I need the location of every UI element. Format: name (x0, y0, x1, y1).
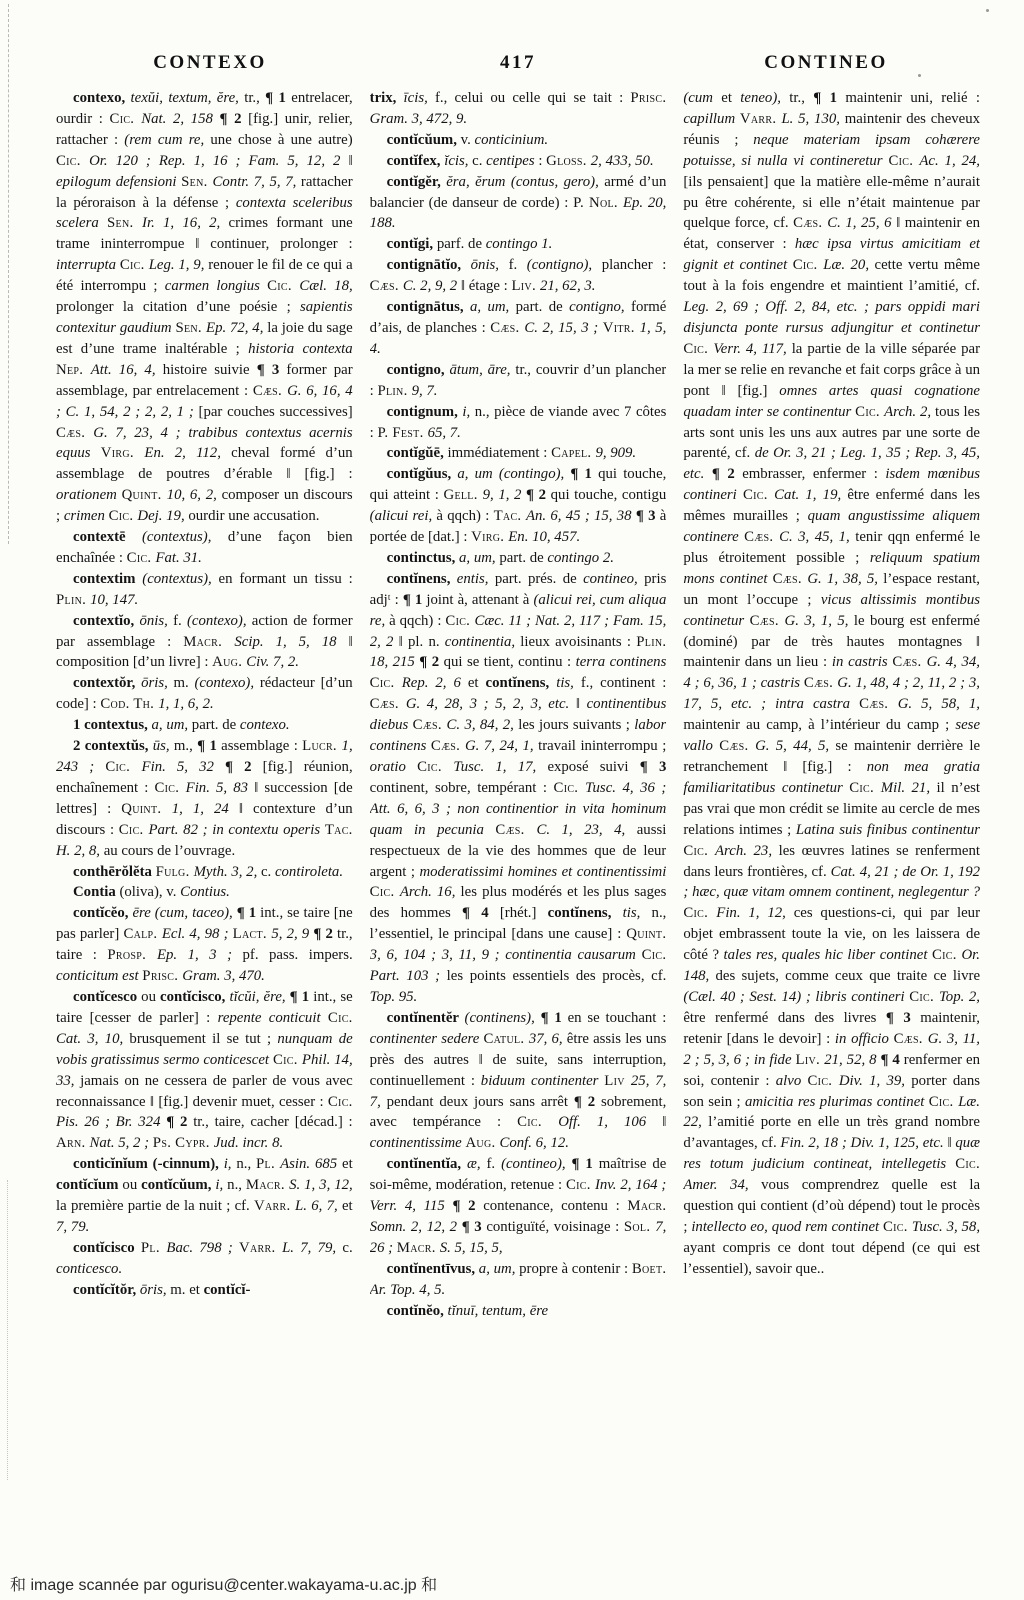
text-run: Cic. (743, 487, 774, 503)
text-run: carmen longius (165, 278, 267, 294)
text-run: contextŏr, (73, 675, 141, 691)
text-run: Nat. 5, 2 ; (89, 1135, 152, 1151)
text-run: tr., (789, 90, 813, 106)
text-run: (alicui rei, (370, 508, 437, 524)
text-run: 3, 6, 104 ; 3, 11, 9 ; continentia causa… (370, 947, 642, 963)
text-run: contigno, (569, 299, 631, 315)
text-run: 37, 6, (529, 1031, 567, 1047)
text-run: Cic. (110, 111, 142, 127)
text-run: Part. 103 ; (370, 968, 447, 984)
text-run: Quint. (626, 926, 666, 942)
text-run: ¶ 4 (880, 1052, 903, 1068)
text-run: Contr. 7, 5, 7, (213, 174, 301, 190)
text-run: interrupta (56, 257, 120, 273)
text-run: oratio (370, 759, 417, 775)
text-run: maintenir uni, relié : (845, 90, 980, 106)
text-run: conticinium. (475, 132, 549, 148)
text-run: Cæs. (804, 675, 837, 691)
text-run: ēre (cum, taceo), (132, 905, 236, 921)
text-run: Top. 2, (939, 989, 980, 1005)
text-run: (contextus), (142, 529, 228, 545)
text-run: H. 2, 8, (56, 843, 104, 859)
text-run: Arch. 23, (715, 843, 779, 859)
text-run: Cic. (267, 278, 299, 294)
dictionary-entry: contĭcĭtŏr, ōris, m. et contĭcĭ- (56, 1280, 353, 1301)
text-run: Catul. (483, 1031, 528, 1047)
text-run: Cic. (120, 257, 149, 273)
text-run: à qqch) : (389, 613, 445, 629)
text-run: Cic. (849, 780, 881, 796)
dictionary-entry: contĭgi, parf. de contingo 1. (370, 234, 667, 255)
text-run: f., celui ou celle qui se tait : (435, 90, 630, 106)
text-run: ‖ (576, 696, 587, 712)
text-run: C. 2, 15, 3 ; (524, 320, 602, 336)
text-run: ¶ 1 (541, 1010, 568, 1026)
text-run: contenance, contenu : (483, 1198, 627, 1214)
text-run: tales res, quales hic liber continet (724, 947, 932, 963)
text-run: Att. 16, 4, (91, 362, 163, 378)
text-run: ātum, āre, (449, 362, 515, 378)
text-run: Varr. (740, 111, 782, 127)
text-run: contiguïté, voisinage : (486, 1219, 624, 1235)
text-run: Myth. 3, 2, (194, 864, 261, 880)
text-run: īcis, (404, 90, 435, 106)
text-run: G. 5, 58, 1, (898, 696, 980, 712)
text-run: 5, 2, 9 (271, 926, 313, 942)
text-run: contextē (73, 529, 142, 545)
text-run: Cic. (566, 1177, 595, 1193)
text-run: G. 7, 24, 1, (465, 738, 538, 754)
scan-credit: 和 image scannée par ogurisu@center.wakay… (10, 1572, 437, 1595)
text-run: ¶ 1 (813, 90, 845, 106)
page-number: 417 (364, 52, 672, 74)
text-run: (contineo), (501, 1156, 571, 1172)
text-run: Cic. (119, 822, 149, 838)
text-run: Lucr. (302, 738, 341, 754)
text-run: (contexo), (195, 675, 260, 691)
dictionary-entry: contĭnĕo, tĭnuī, tentum, ēre (370, 1301, 667, 1322)
text-run: contĭnentĭa, (387, 1156, 467, 1172)
text-run: 9, 7. (412, 383, 438, 399)
dictionary-entry: contĭnentĭa, æ, f. (contineo), ¶ 1 maîtr… (370, 1154, 667, 1259)
text-columns: contexo, texŭi, textum, ĕre, tr., ¶ 1 en… (56, 88, 980, 1544)
text-run: ¶ 2 (574, 1094, 601, 1110)
text-run: f. (173, 613, 187, 629)
text-run: part. de (499, 550, 547, 566)
text-run: a, um (contingo), (457, 466, 570, 482)
text-run: Sen. (181, 174, 212, 190)
text-run: ou (141, 989, 160, 1005)
dictionary-entry: contĭnentĕr (continens), ¶ 1 en se touch… (370, 1008, 667, 1154)
text-run: ¶ 2 (419, 654, 443, 670)
text-run: m., (174, 738, 197, 754)
text-run: Cæs. (431, 738, 465, 754)
text-run: Plin. (377, 383, 411, 399)
text-run: æ, (467, 1156, 487, 1172)
text-run: Mil. 21, (881, 780, 937, 796)
text-run: des sujets, comme ceux que traite ce liv… (716, 968, 980, 984)
text-run: Arch. 16, (400, 884, 461, 900)
text-run: P. Fest. (377, 425, 427, 441)
text-run: conticitum est (56, 968, 142, 984)
text-run: G. 1, 38, 5, (807, 571, 883, 587)
text-run: Cic. (109, 508, 138, 524)
dictionary-entry: contignum, i, n., pièce de viande avec 7… (370, 402, 667, 444)
text-run: Sol. (624, 1219, 655, 1235)
text-run: contĭnens, (548, 905, 623, 921)
text-run: Amer. 34, (683, 1177, 761, 1193)
text-run: Top. 95. (370, 989, 418, 1005)
text-run: Or. 120 ; Rep. 1, 16 ; Fam. 5, 12, 2 (89, 153, 348, 169)
text-run: contĭgĕr, (387, 174, 447, 190)
text-run: C. 2, 9, 2 (403, 278, 461, 294)
text-run: ourdir une accusation. (188, 508, 319, 524)
text-run: ¶ 4 (462, 905, 500, 921)
text-run: et (342, 1198, 353, 1214)
text-run: contexo, (73, 90, 131, 106)
text-run: i, (462, 404, 474, 420)
text-run: contĭnentīvus, (387, 1261, 479, 1277)
text-run: c. (342, 1240, 352, 1256)
text-run: Cic. (417, 759, 453, 775)
dictionary-entry: contextim (contextus), en formant un tis… (56, 569, 353, 611)
text-run: Cæs. (773, 571, 808, 587)
text-run: tr., taire, cacher [décad.] : (193, 1114, 352, 1130)
text-run: les jours suivants ; (518, 717, 634, 733)
text-run: ‖ (349, 153, 353, 169)
text-run: Gram. 3, 472, 9. (370, 111, 467, 127)
dictionary-entry: contextĭo, ōnis, f. (contexo), action de… (56, 611, 353, 674)
text-run: teneo), (740, 90, 789, 106)
dictionary-entry: contĭcŭum, v. conticinium. (370, 130, 667, 151)
text-run: v. (461, 132, 475, 148)
text-run: capillum (683, 111, 740, 127)
dictionary-entry: contexo, texŭi, textum, ĕre, tr., ¶ 1 en… (56, 88, 353, 527)
text-run: au cours de l’ouvrage. (104, 843, 235, 859)
text-run: Civ. 7, 2. (246, 654, 299, 670)
text-run: centipes (486, 153, 538, 169)
text-run: ¶ 3 (462, 1219, 487, 1235)
text-run: Fin. 5, 32 (142, 759, 225, 775)
text-run: 18, 215 (370, 654, 420, 670)
text-run: Leg. 2, 69 ; Off. 2, 84, etc. ; pars opp… (683, 299, 980, 336)
text-run: ¶ 1 (237, 905, 260, 921)
text-run: contĭcŭum, (387, 132, 461, 148)
text-run: Prisc. (630, 90, 666, 106)
text-run: n., (227, 1177, 246, 1193)
text-run: Cic. (328, 1094, 353, 1110)
text-run: Cæs. (370, 278, 403, 294)
text-run: ¶ 3 (636, 508, 660, 524)
text-run: continentia, (445, 634, 521, 650)
text-run: contextim (73, 571, 142, 587)
text-run: f., continent : (581, 675, 666, 691)
text-run: embrasser, enfermer : (742, 466, 885, 482)
text-run: Tac. (494, 508, 526, 524)
text-run: exposé suivi (547, 759, 639, 775)
text-run: ayant compris ce dont tout dépend (ce qu… (683, 1240, 980, 1277)
text-run: Cic. (855, 404, 884, 420)
text-run: biduum continenter (481, 1073, 604, 1089)
text-run: Cod. Th. (100, 696, 158, 712)
text-run: 21, 62, 3. (540, 278, 596, 294)
text-run: Cic. (105, 759, 141, 775)
text-run: tĭcŭi, ĕre, (229, 989, 289, 1005)
text-run: ¶ 1 (290, 989, 314, 1005)
text-run: Fulg. (156, 864, 194, 880)
text-run: contexo. (240, 717, 290, 733)
text-run: plancher : (602, 257, 667, 273)
text-run: immédiatement : (448, 445, 552, 461)
text-run: Cic. (683, 341, 713, 357)
text-run: trix, (370, 90, 404, 106)
text-run: contĭcesco (73, 989, 141, 1005)
text-run: Liv. (795, 1052, 824, 1068)
text-run: 65, 7. (428, 425, 461, 441)
text-run: ‖ (662, 1114, 666, 1130)
text-run: Somn. 2, 12, 2 (370, 1219, 462, 1235)
text-run: 9, 909. (595, 445, 636, 461)
text-run: n., (236, 1156, 256, 1172)
text-run: 9, 1, 2 (483, 487, 526, 503)
text-run: ĭcis, (444, 153, 472, 169)
text-run: Macr. (183, 634, 234, 650)
text-run: [rhét.] (500, 905, 548, 921)
text-run: (contigno), (527, 257, 602, 273)
text-run: (continens), (465, 1010, 541, 1026)
text-run: pendant deux jours sans arrêt (387, 1094, 574, 1110)
text-run: C. 1, 23, 4, (536, 822, 636, 838)
text-run: 2, 433, 50. (591, 153, 654, 169)
text-run: Off. 1, 106 (558, 1114, 662, 1130)
text-run: travail ininterrompu ; (538, 738, 666, 754)
text-run: orationem (56, 487, 122, 503)
dictionary-entry: conthērŏlĕta Fulg. Myth. 3, 2, c. contir… (56, 862, 353, 883)
text-run: Conf. 6, 12. (499, 1135, 568, 1151)
running-head-left: CONTEXO (56, 52, 364, 74)
running-head: CONTEXO 417 CONTINEO (56, 52, 980, 74)
text-run: intellecto eo, quod rem continet (691, 1219, 883, 1235)
text-run: Cic. (370, 884, 400, 900)
text-run: part. de (516, 299, 569, 315)
text-run: une chose à une autre) (210, 132, 352, 148)
text-run: être renfermé dans des livres (683, 1010, 886, 1026)
text-run: C. 3, 45, 1, (779, 529, 855, 545)
text-run: Varr. (254, 1198, 295, 1214)
text-run: Cæs. (490, 320, 524, 336)
text-run: Cic. (955, 1156, 980, 1172)
text-run: Scip. 1, 5, 18 (234, 634, 348, 650)
text-run: contĭgŭus, (387, 466, 458, 482)
text-run: Jud. incr. 8. (214, 1135, 283, 1151)
text-run: Cic. (683, 905, 716, 921)
text-run: historia contexta (248, 341, 353, 357)
text-run: a, um, (479, 1261, 519, 1277)
dictionary-entry: continctus, a, um, part. de contingo 2. (370, 548, 667, 569)
text-run: Cic. (932, 947, 962, 963)
text-run: tis, (556, 675, 581, 691)
text-run: Pl. (141, 1240, 167, 1256)
dictionary-entry: Contia (oliva), v. Contius. (56, 882, 353, 903)
scanned-dictionary-page: CONTEXO 417 CONTINEO contexo, texŭi, tex… (0, 0, 1024, 1600)
text-run: c. (261, 864, 275, 880)
text-run: (contextus), (142, 571, 218, 587)
text-run: ¶ 2 (313, 926, 337, 942)
text-run: G. 5, 44, 5, (755, 738, 835, 754)
text-run: G. 4, 28, 3 ; 5, 2, 3, etc. (406, 696, 576, 712)
dictionary-entry: contĭfex, ĭcis, c. centipes : Gloss. 2, … (370, 151, 667, 172)
text-run: ¶ 1 (572, 1156, 599, 1172)
scan-speck (918, 74, 921, 77)
text-run: contĭcĕo, (73, 905, 132, 921)
text-run: ‖ pl. n. (399, 634, 445, 650)
text-run: contĭcĭ- (204, 1282, 251, 1298)
text-run: en formant un tissu : (219, 571, 353, 587)
text-run: jamais on ne cessera de parler de vous a… (56, 1073, 353, 1110)
text-run: maintenir au camp, à l’intérieur du camp… (683, 717, 955, 733)
text-run: continentissime (370, 1135, 466, 1151)
text-run: parf. de (437, 236, 486, 252)
text-run: i, (215, 1177, 227, 1193)
text-run: Sen. (175, 320, 206, 336)
text-column-1: contexo, texŭi, textum, ĕre, tr., ¶ 1 en… (56, 88, 353, 1544)
text-run: terra continens (576, 654, 667, 670)
scan-speck (986, 9, 989, 12)
text-run: moderatissimi homines et continentissimi (419, 864, 666, 880)
text-run: a, um, (470, 299, 516, 315)
text-run: Capel. (551, 445, 595, 461)
text-run: P. Nol. (573, 195, 623, 211)
text-run: ōris, (141, 675, 173, 691)
text-run: contĭcisco (73, 1240, 141, 1256)
text-run: Ps. Cypr. (153, 1135, 214, 1151)
text-run: Cic. (888, 153, 919, 169)
text-run: Cæs. (892, 654, 926, 670)
text-run: S. 1, 3, 12, (289, 1177, 353, 1193)
text-run: Pis. 26 ; Br. 324 (56, 1114, 166, 1130)
text-run: L. 7, 79, (282, 1240, 342, 1256)
dictionary-entry: contĭgŭē, immédiatement : Capel. 9, 909. (370, 443, 667, 464)
text-run: Fin. 1, 12, (716, 905, 793, 921)
text-run: Dej. 19, (137, 508, 188, 524)
text-run: repente conticuit (218, 1010, 328, 1026)
text-run: (oliva), v. (119, 884, 180, 900)
text-run: contignum, (387, 404, 463, 420)
text-run: 10, 6, 2, (167, 487, 222, 503)
dictionary-entry: contĭgŭus, a, um (contingo), ¶ 1 qui tou… (370, 464, 667, 548)
text-run: a, um, (459, 550, 499, 566)
text-run: Fat. 31. (155, 550, 201, 566)
text-run: f. (487, 1156, 502, 1172)
text-run: Latina suis finibus continentur (796, 822, 980, 838)
dictionary-entry: 2 contextŭs, ūs, m., ¶ 1 assemblage : Lu… (56, 736, 353, 861)
text-run: ōnis, (471, 257, 509, 273)
dictionary-entry: trix, īcis, f., celui ou celle qui se ta… (370, 88, 667, 130)
text-run: 10, 147. (90, 592, 138, 608)
text-run: continctus, (387, 550, 459, 566)
dictionary-entry: contextŏr, ōris, m. (contexo), rédacteur… (56, 673, 353, 715)
text-run: Quint. (121, 801, 171, 817)
text-run: ¶ 2 (712, 466, 742, 482)
text-run: propre à contenir : (519, 1261, 632, 1277)
text-run: contextĭo, (73, 613, 139, 629)
running-head-right: CONTINEO (672, 52, 980, 74)
text-run: ōris, (140, 1282, 170, 1298)
text-run: alvo (776, 1073, 808, 1089)
text-run: 1, 1, 6, 2. (158, 696, 214, 712)
text-run: Cæs. (750, 613, 785, 629)
text-run: tis, (623, 905, 652, 921)
text-run: assemblage : (221, 738, 302, 754)
dictionary-entry: contĭcesco ou contĭcisco, tĭcŭi, ĕre, ¶ … (56, 987, 353, 1154)
text-run: Cæs. (719, 738, 755, 754)
text-run: ¶ 3 (886, 1010, 920, 1026)
scan-edge-artifact (7, 1180, 8, 1480)
text-run: Cic. (517, 1114, 558, 1130)
text-run: contĭcŭum, (141, 1177, 215, 1193)
text-run: Cic. (273, 1052, 302, 1068)
text-run: conticĭnĭum (-cinnum), (73, 1156, 224, 1172)
text-run: Cic. (793, 257, 824, 273)
text-run: Ir. 1, 16, 2, (142, 215, 228, 231)
text-run: contĭcisco, (160, 989, 229, 1005)
text-run: tr., (244, 90, 265, 106)
text-run: epilogum defensioni (56, 174, 181, 190)
text-run: Cic. (445, 613, 474, 629)
text-run: Arn. (56, 1135, 89, 1151)
text-run: contĭcĭtŏr, (73, 1282, 140, 1298)
text-run: ¶ 2 (452, 1198, 483, 1214)
text-run: ¶ 3 (257, 362, 287, 378)
text-run: in officio (835, 1031, 894, 1047)
text-run: Macr. (627, 1198, 666, 1214)
text-run: Boet. (632, 1261, 667, 1277)
text-run: ¶ 1 (265, 90, 291, 106)
text-run: Plin. (636, 634, 666, 650)
text-run: L. 6, 7, (295, 1198, 342, 1214)
text-run: Prosp. (107, 947, 157, 963)
text-run: contingo 2. (547, 550, 614, 566)
text-run: Asin. 685 (280, 1156, 342, 1172)
text-run: Varr. (239, 1240, 282, 1256)
text-run: S. 5, 15, 5, (440, 1240, 503, 1256)
text-run: En. 2, 112, (144, 445, 231, 461)
text-run: Cat. 3, 10, (56, 1031, 129, 1047)
text-run: ĕra, ĕrum (contus, gero), (446, 174, 604, 190)
text-run: qui se tient, continu : (444, 654, 576, 670)
text-run: Fin. 2, 18 ; Div. 1, 125, etc. (780, 1135, 947, 1151)
text-run: Cic. (554, 780, 586, 796)
text-run: Quint. (122, 487, 167, 503)
text-run: Cic. (154, 780, 185, 796)
text-run: conthērŏlĕta (73, 864, 156, 880)
text-run: Cæs. (413, 717, 447, 733)
text-run: C. 1, 25, 6 (827, 215, 896, 231)
text-run: Cic. (56, 153, 89, 169)
text-run: Cæs. (744, 529, 779, 545)
dictionary-entry: contĭnens, entis, part. prés. de contine… (370, 569, 667, 1008)
dictionary-entry: contignātĭo, ōnis, f. (contigno), planch… (370, 255, 667, 297)
text-run: prolonger la citation d’une poésie ; (56, 299, 300, 315)
text-run: Ecl. 4, 98 ; (162, 926, 233, 942)
text-run: Ac. 1, 24, (919, 153, 980, 169)
text-run: ¶ 2 (166, 1114, 193, 1130)
text-run: [par couches successives] (199, 404, 353, 420)
text-run: Aug. (212, 654, 246, 670)
text-run: Cic. (929, 1094, 958, 1110)
dictionary-entry: 1 contextus, a, um, part. de contexo. (56, 715, 353, 736)
text-run: contĭgi, (387, 236, 437, 252)
